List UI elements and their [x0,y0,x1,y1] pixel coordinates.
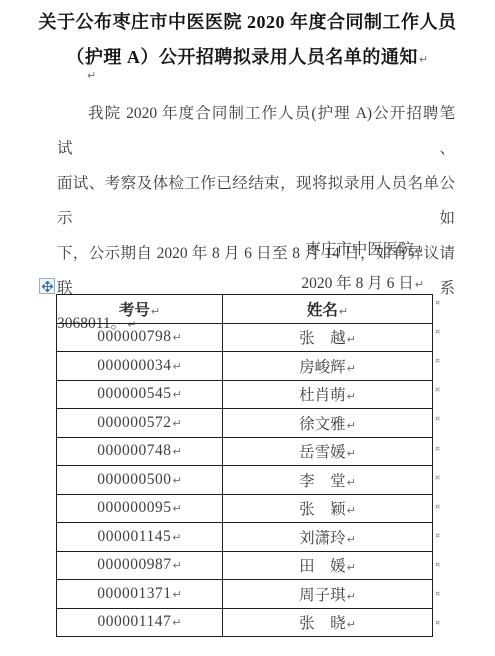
paragraph-mark-icon: ↵ [173,331,182,344]
exam-number: 000000748 [97,442,171,459]
end-of-row-mark-icon: ¤ [435,356,440,365]
exam-number-cell: 000001145↵ [57,523,223,552]
paragraph-mark-icon: ↵ [87,69,96,82]
end-of-row-marks: ¤¤¤¤¤¤¤¤¤¤¤¤ [435,294,449,644]
name-cell: 张 越↵ [223,323,433,352]
exam-number-cell: 000000572↵ [57,409,223,438]
exam-number-cell: 000000095↵ [57,494,223,523]
name-cell: 杜肖萌↵ [223,380,433,409]
paragraph-mark-icon: ↵ [172,616,181,629]
exam-number-cell: 000000500↵ [57,466,223,495]
table-row: 000000095↵张 颖↵ [57,494,433,523]
name-cell: 李 堂↵ [223,466,433,495]
title-line-1: 关于公布枣庄市中医医院 2020 年度合同制工作人员 [0,5,495,40]
header-exam-number: 考号↵ [57,295,223,324]
end-of-row-mark-icon: ¤ [435,385,440,394]
paragraph-mark-icon: ↵ [347,447,356,460]
table-row: 000000572↵徐文雅↵ [57,409,433,438]
table-row: 000001145↵刘潇玲↵ [57,523,433,552]
paragraph-mark-icon: ↵ [347,333,356,346]
name-cell: 张 颖↵ [223,494,433,523]
person-name: 徐文雅 [299,416,346,433]
exam-number: 000000798 [97,328,171,345]
title-line-2: （护理 A）公开招聘拟录用人员名单的通知↵ [0,40,495,77]
paragraph-mark-icon: ↵ [173,474,182,487]
body-line: 面试、考察及体检工作已经结束，现将拟录用人员名单公示如 [57,166,455,236]
paragraph-mark-icon: ↵ [347,419,356,432]
person-name: 周子琪 [299,587,346,604]
paragraph-mark-icon: ↵ [415,244,424,257]
person-name: 李 堂 [299,473,346,490]
person-name: 田 媛 [299,558,346,575]
body-line: 我院 2020 年度合同制工作人员(护理 A)公开招聘笔试、 [57,96,455,166]
table-move-handle[interactable] [39,278,55,294]
exam-number: 000001145 [98,528,172,545]
person-name: 岳雪媛 [299,444,346,461]
table-row: 000000500↵李 堂↵ [57,466,433,495]
paragraph-mark-icon: ↵ [347,618,356,631]
name-cell: 岳雪媛↵ [223,437,433,466]
paragraph-mark-icon: ↵ [173,445,182,458]
paragraph-mark-icon: ↵ [347,561,356,574]
paragraph-mark-icon: ↵ [347,504,356,517]
paragraph-mark-icon: ↵ [347,533,356,546]
exam-number: 000000500 [97,471,171,488]
paragraph-mark-icon: ↵ [347,362,356,375]
paragraph-mark-icon: ↵ [172,531,181,544]
paragraph-mark-icon: ↵ [339,305,348,318]
end-of-row-mark-icon: ¤ [435,444,440,453]
table-row: 000000987↵田 媛↵ [57,551,433,580]
exam-number: 000001147 [98,613,172,630]
paragraph-mark-icon: ↵ [173,388,182,401]
exam-number-cell: 000000034↵ [57,352,223,381]
name-cell: 刘潇玲↵ [223,523,433,552]
exam-number: 000000545 [97,385,171,402]
paragraph-mark-icon: ↵ [173,559,182,572]
table-row: 000000034↵房峻辉↵ [57,352,433,381]
paragraph-mark-icon: ↵ [419,53,429,66]
person-name: 张 颖 [299,501,346,518]
person-name: 杜肖萌 [299,387,346,404]
end-of-row-mark-icon: ¤ [435,589,440,598]
paragraph-mark-icon: ↵ [347,390,356,403]
exam-number-cell: 000000987↵ [57,551,223,580]
signature-org: 枣庄市中医医院↵ [301,233,424,267]
end-of-row-mark-icon: ¤ [435,560,440,569]
paragraph-mark-icon: ↵ [173,360,182,373]
table-row: 000001371↵周子琪↵ [57,580,433,609]
exam-number: 000000987 [97,556,171,573]
paragraph-mark-icon: ↵ [173,502,182,515]
paragraph-mark-icon: ↵ [415,278,424,291]
paragraph-mark-icon: ↵ [173,588,182,601]
end-of-row-mark-icon: ¤ [435,414,440,423]
paragraph-mark-icon: ↵ [173,417,182,430]
person-name: 房峻辉 [299,359,346,376]
exam-number-cell: 000001371↵ [57,580,223,609]
end-of-row-mark-icon: ¤ [435,531,440,540]
table-row: 000000798↵张 越↵ [57,323,433,352]
end-of-row-mark-icon: ¤ [435,327,440,336]
exam-number-cell: 000000545↵ [57,380,223,409]
table-row: 000000545↵杜肖萌↵ [57,380,433,409]
name-cell: 徐文雅↵ [223,409,433,438]
person-name: 刘潇玲 [299,530,346,547]
header-name: 姓名↵ [223,295,433,324]
exam-number-cell: 000000798↵ [57,323,223,352]
exam-number: 000000095 [97,499,171,516]
document-page: 关于公布枣庄市中医医院 2020 年度合同制工作人员 （护理 A）公开招聘拟录用… [0,0,495,656]
roster-table: 考号↵ 姓名↵ 000000798↵张 越↵000000034↵房峻辉↵0000… [56,294,433,637]
name-cell: 房峻辉↵ [223,352,433,381]
move-arrows-icon [42,281,53,292]
exam-number: 000001371 [97,585,171,602]
exam-number: 000000572 [97,414,171,431]
name-cell: 张 晓↵ [223,608,433,637]
table-header-row: 考号↵ 姓名↵ [57,295,433,324]
end-of-row-mark-icon: ¤ [435,298,440,307]
paragraph-mark-icon: ↵ [347,590,356,603]
table-row: 000000748↵岳雪媛↵ [57,437,433,466]
name-cell: 田 媛↵ [223,551,433,580]
exam-number: 000000034 [97,357,171,374]
end-of-row-mark-icon: ¤ [435,502,440,511]
name-cell: 周子琪↵ [223,580,433,609]
empty-paragraph: ↵ [86,66,96,84]
paragraph-mark-icon: ↵ [347,476,356,489]
exam-number-cell: 000001147↵ [57,608,223,637]
end-of-row-mark-icon: ¤ [435,473,440,482]
end-of-row-mark-icon: ¤ [435,618,440,627]
person-name: 张 晓 [299,615,346,632]
person-name: 张 越 [299,330,346,347]
signature-block: 枣庄市中医医院↵ 2020 年 8 月 6 日↵ [301,233,424,301]
table-row: 000001147↵张 晓↵ [57,608,433,637]
page-title: 关于公布枣庄市中医医院 2020 年度合同制工作人员 （护理 A）公开招聘拟录用… [0,5,495,77]
paragraph-mark-icon: ↵ [151,305,160,318]
exam-number-cell: 000000748↵ [57,437,223,466]
roster-table-body: 000000798↵张 越↵000000034↵房峻辉↵000000545↵杜肖… [57,323,433,637]
